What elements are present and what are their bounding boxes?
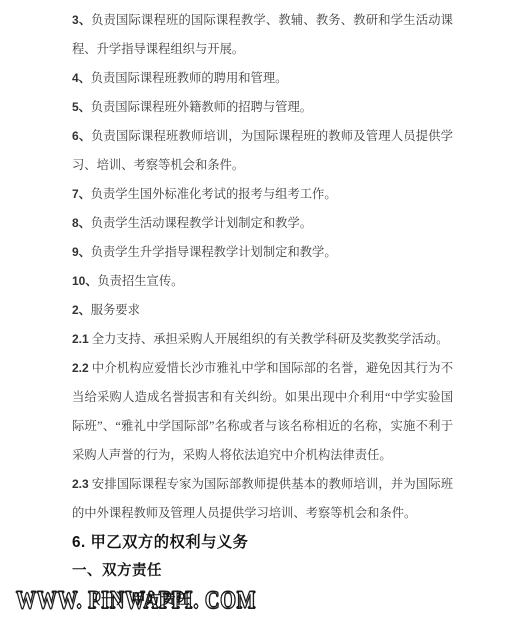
- clause-number: 2.1: [72, 332, 89, 346]
- list-number: 9、: [72, 245, 91, 259]
- list-number: 3、: [72, 13, 91, 27]
- document-body: 3、负责国际课程班的国际课程教学、教辅、教务、教研和学生活动课程、升学指导课程组…: [72, 6, 453, 615]
- list-number: 4、: [72, 71, 91, 85]
- list-number: 8、: [72, 216, 91, 230]
- list-item-6: 6、负责国际课程班教师培训，为国际课程班的教师及管理人员提供学习、培训、考察等机…: [72, 122, 453, 180]
- clause-text: 安排国际课程专家为国际部教师提供基本的教师培训，并为国际班的中外课程教师及管理人…: [72, 477, 453, 520]
- list-item-text: 负责学生国外标准化考试的报考与组考工作。: [91, 187, 337, 201]
- clause-number: 2.3: [72, 477, 89, 491]
- clause-2-2: 2.2 中介机构应爱惜长沙市雅礼中学和国际部的名誉，避免因其行为不当给采购人造成…: [72, 354, 453, 470]
- clause-2-1: 2.1 全力支持、承担采购人开展组织的有关教学科研及奖教奖学活动。: [72, 325, 453, 354]
- heading-rights-and-obligations: 6. 甲乙双方的权利与义务: [72, 528, 453, 557]
- list-item-text: 负责国际课程班教师培训，为国际课程班的教师及管理人员提供学习、培训、考察等机会和…: [72, 129, 453, 172]
- list-item-text: 服务要求: [91, 303, 140, 317]
- list-number: 5、: [72, 100, 91, 114]
- list-number: 10、: [72, 274, 97, 288]
- list-number: 6、: [72, 129, 91, 143]
- clause-2-3: 2.3 安排国际课程专家为国际部教师提供基本的教师培训，并为国际班的中外课程教师…: [72, 470, 453, 528]
- list-item-7: 7、负责学生国外标准化考试的报考与组考工作。: [72, 180, 453, 209]
- list-item-service-requirements: 2、服务要求: [72, 296, 453, 325]
- list-item-text: 负责国际课程班外籍教师的招聘与管理。: [91, 100, 312, 114]
- clause-number: 2.2: [72, 361, 89, 375]
- document-page: WWW. PINWAPPI. COM 3、负责国际课程班的国际课程教学、教辅、教…: [0, 0, 508, 624]
- list-number: 7、: [72, 187, 91, 201]
- clause-text: 中介机构应爱惜长沙市雅礼中学和国际部的名誉，避免因其行为不当给采购人造成名誉损害…: [72, 361, 453, 462]
- list-item-text: 负责国际课程班教师的聘用和管理。: [91, 71, 288, 85]
- list-item-8: 8、负责学生活动课程教学计划制定和教学。: [72, 209, 453, 238]
- list-item-text: 负责学生升学指导课程教学计划制定和教学。: [91, 245, 337, 259]
- clause-text: 全力支持、承担采购人开展组织的有关教学科研及奖教奖学活动。: [89, 332, 449, 346]
- heading-mutual-responsibility: 一、双方责任: [72, 557, 453, 586]
- list-item-3: 3、负责国际课程班的国际课程教学、教辅、教务、教研和学生活动课程、升学指导课程组…: [72, 6, 453, 64]
- list-item-text: 负责招生宣传。: [97, 274, 183, 288]
- list-item-4: 4、负责国际课程班教师的聘用和管理。: [72, 64, 453, 93]
- list-item-text: 负责学生活动课程教学计划制定和教学。: [91, 216, 312, 230]
- heading-party-a-responsibility: （一）甲方责任: [72, 586, 453, 615]
- list-item-5: 5、负责国际课程班外籍教师的招聘与管理。: [72, 93, 453, 122]
- list-number: 2、: [72, 303, 91, 317]
- list-item-10: 10、负责招生宣传。: [72, 267, 453, 296]
- list-item-text: 负责国际课程班的国际课程教学、教辅、教务、教研和学生活动课程、升学指导课程组织与…: [72, 13, 453, 56]
- list-item-9: 9、负责学生升学指导课程教学计划制定和教学。: [72, 238, 453, 267]
